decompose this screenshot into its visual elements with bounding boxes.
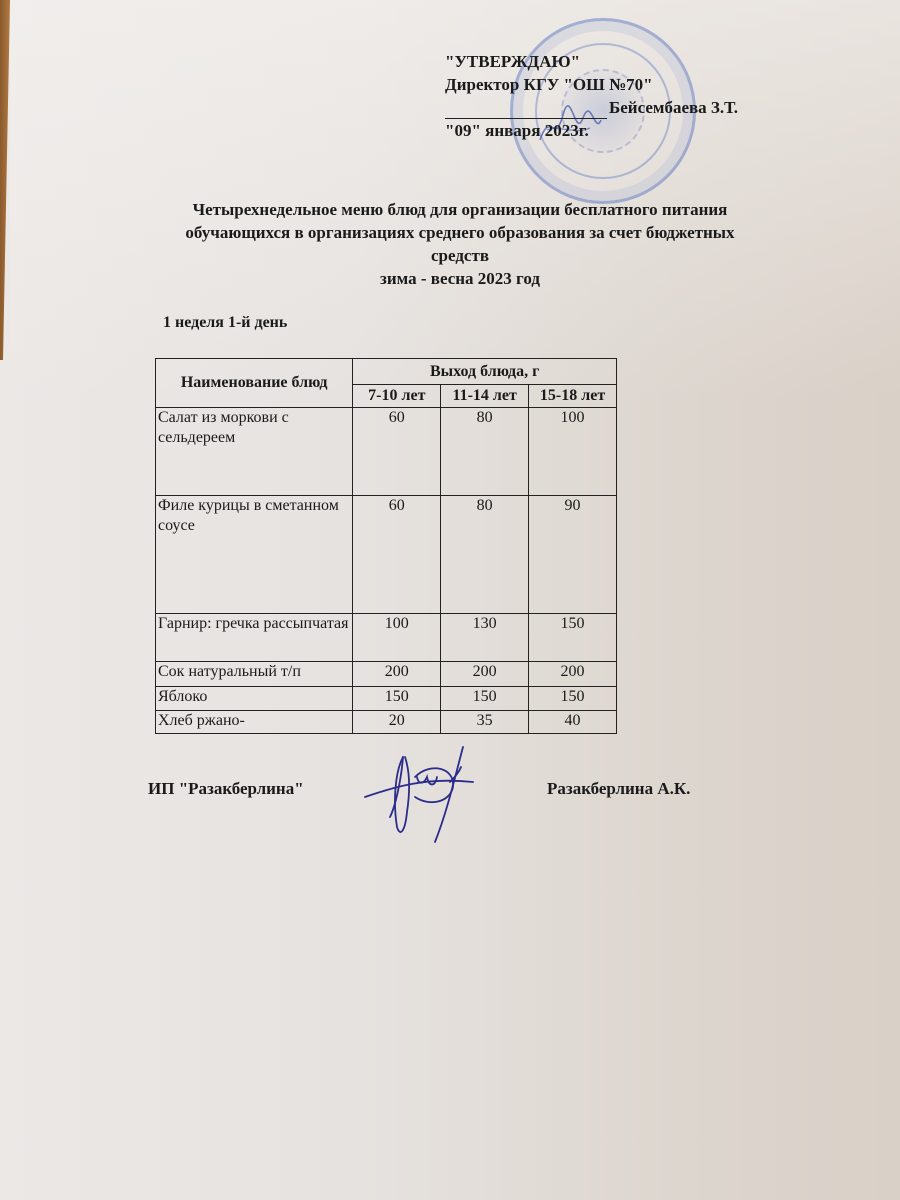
title-line-1: Четырехнедельное меню блюд для организац… xyxy=(160,198,760,221)
title-season: зима - весна 2023 год xyxy=(160,267,760,290)
header-age-11-14: 11-14 лет xyxy=(441,385,529,408)
portion-15-18: 200 xyxy=(529,662,617,687)
supplier-company: ИП "Разакберлина" xyxy=(148,779,304,799)
document-title: Четырехнедельное меню блюд для организац… xyxy=(160,198,760,290)
portion-7-10: 200 xyxy=(353,662,441,687)
dish-name: Филе курицы в сметанном соусе xyxy=(156,496,353,614)
portion-11-14: 35 xyxy=(441,711,529,734)
portion-15-18: 100 xyxy=(529,408,617,496)
dish-name: Салат из моркови с сельдереем xyxy=(156,408,353,496)
table-row: Гарнир: гречка рассыпчатая 100 130 150 xyxy=(156,614,617,662)
portion-11-14: 80 xyxy=(441,496,529,614)
title-line-3: средств xyxy=(160,244,760,267)
portion-15-18: 150 xyxy=(529,687,617,711)
portion-15-18: 90 xyxy=(529,496,617,614)
portion-11-14: 80 xyxy=(441,408,529,496)
header-portion-output: Выход блюда, г xyxy=(353,359,617,385)
dish-name: Яблоко xyxy=(156,687,353,711)
approval-signatory: Бейсембаева З.Т. xyxy=(609,96,738,119)
portion-15-18: 40 xyxy=(529,711,617,734)
table-row: Яблоко 150 150 150 xyxy=(156,687,617,711)
header-age-7-10: 7-10 лет xyxy=(353,385,441,408)
desk-edge xyxy=(0,0,10,360)
portion-7-10: 60 xyxy=(353,496,441,614)
portion-11-14: 200 xyxy=(441,662,529,687)
dish-name: Сок натуральный т/п xyxy=(156,662,353,687)
table-row: Салат из моркови с сельдереем 60 80 100 xyxy=(156,408,617,496)
menu-table: Наименование блюд Выход блюда, г 7-10 ле… xyxy=(155,358,617,734)
title-line-2: обучающихся в организациях среднего обра… xyxy=(160,221,760,244)
portion-11-14: 150 xyxy=(441,687,529,711)
dish-name: Хлеб ржано- xyxy=(156,711,353,734)
approval-block: "УТВЕРЖДАЮ" Директор КГУ "ОШ №70" Бейсем… xyxy=(445,50,738,142)
supplier-signatory: Разакберлина А.К. xyxy=(547,779,690,799)
header-dish-name: Наименование блюд xyxy=(156,359,353,408)
dish-name: Гарнир: гречка рассыпчатая xyxy=(156,614,353,662)
signature-underline xyxy=(445,100,607,119)
supplier-signature xyxy=(355,742,485,847)
table-row: Сок натуральный т/п 200 200 200 xyxy=(156,662,617,687)
portion-11-14: 130 xyxy=(441,614,529,662)
day-label: 1 неделя 1-й день xyxy=(163,314,287,332)
portion-7-10: 100 xyxy=(353,614,441,662)
approval-signature-line: Бейсембаева З.Т. xyxy=(445,96,738,119)
approval-heading: "УТВЕРЖДАЮ" xyxy=(445,50,738,73)
table-row: Хлеб ржано- 20 35 40 xyxy=(156,711,617,734)
header-age-15-18: 15-18 лет xyxy=(529,385,617,408)
portion-7-10: 150 xyxy=(353,687,441,711)
portion-7-10: 20 xyxy=(353,711,441,734)
approval-position: Директор КГУ "ОШ №70" xyxy=(445,73,738,96)
header-row: Наименование блюд Выход блюда, г xyxy=(156,359,617,385)
portion-15-18: 150 xyxy=(529,614,617,662)
table-row: Филе курицы в сметанном соусе 60 80 90 xyxy=(156,496,617,614)
portion-7-10: 60 xyxy=(353,408,441,496)
approval-date: "09" января 2023г. xyxy=(445,119,738,142)
